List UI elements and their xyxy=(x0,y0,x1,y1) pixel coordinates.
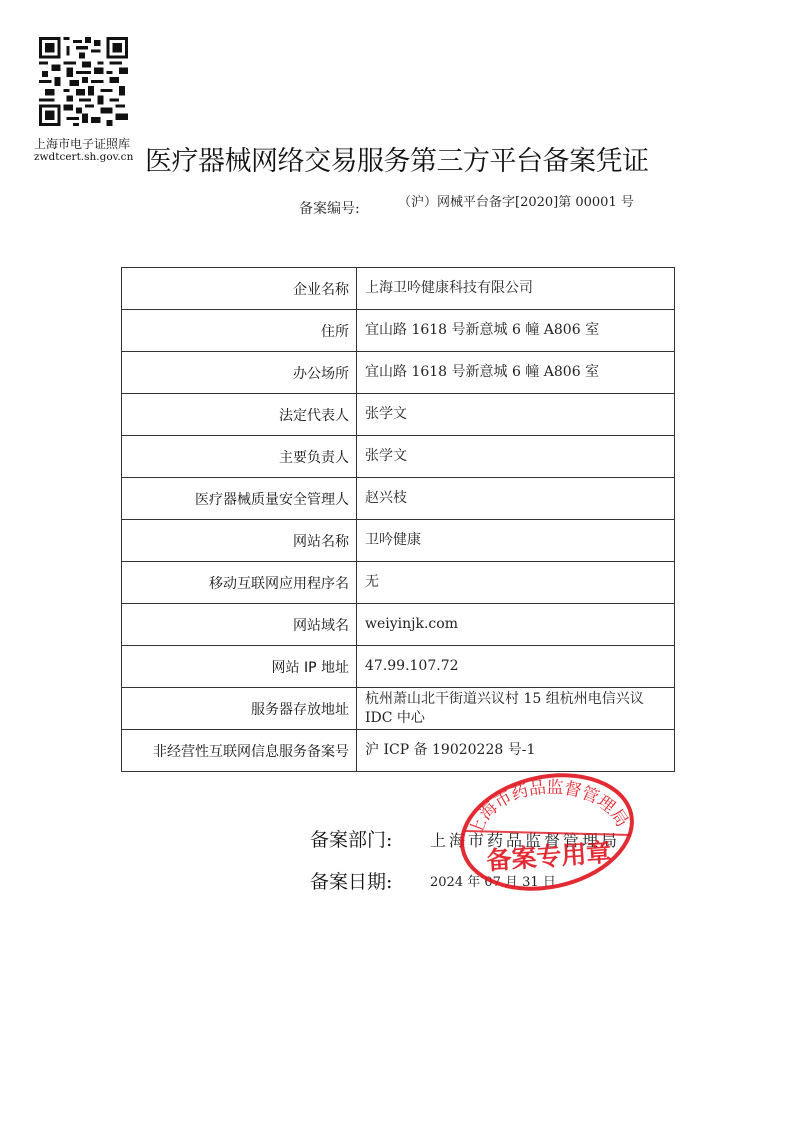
row-value: 沪 ICP 备 19020228 号-1 xyxy=(357,730,675,772)
row-label: 非经营性互联网信息服务备案号 xyxy=(122,730,357,772)
document-title: 医疗器械网络交易服务第三方平台备案凭证 xyxy=(145,139,649,178)
qr-caption-url: zwdtcert.sh.gov.cn xyxy=(34,151,133,163)
table-row: 法定代表人张学文 xyxy=(122,394,675,436)
row-value: 张学文 xyxy=(357,394,675,436)
row-label: 企业名称 xyxy=(122,268,357,310)
table-row: 办公场所宜山路 1618 号新意城 6 幢 A806 室 xyxy=(122,352,675,394)
row-label: 主要负责人 xyxy=(122,436,357,478)
table-row: 医疗器械质量安全管理人赵兴枝 xyxy=(122,478,675,520)
row-label: 办公场所 xyxy=(122,352,357,394)
registration-number-value: （沪）网械平台备字[2020]第 00001 号 xyxy=(398,191,634,210)
row-value: 47.99.107.72 xyxy=(357,646,675,688)
row-value: 宜山路 1618 号新意城 6 幢 A806 室 xyxy=(357,310,675,352)
row-label: 移动互联网应用程序名 xyxy=(122,562,357,604)
official-seal-stamp: 上海市药品监督管理局 备案专用章 xyxy=(457,773,637,891)
row-label: 网站 IP 地址 xyxy=(122,646,357,688)
seal-inner-text: 备案专用章 xyxy=(486,838,613,876)
table-row: 移动互联网应用程序名无 xyxy=(122,562,675,604)
date-label: 备案日期: xyxy=(310,867,392,894)
row-label: 服务器存放地址 xyxy=(122,688,357,730)
row-value: weiyinjk.com xyxy=(357,604,675,646)
row-label: 医疗器械质量安全管理人 xyxy=(122,478,357,520)
row-label: 网站域名 xyxy=(122,604,357,646)
table-row: 非经营性互联网信息服务备案号沪 ICP 备 19020228 号-1 xyxy=(122,730,675,772)
table-row: 服务器存放地址杭州萧山北干街道兴议村 15 组杭州电信兴议 IDC 中心 xyxy=(122,688,675,730)
row-value: 杭州萧山北干街道兴议村 15 组杭州电信兴议 IDC 中心 xyxy=(357,688,675,730)
row-label: 网站名称 xyxy=(122,520,357,562)
row-label: 法定代表人 xyxy=(122,394,357,436)
table-row: 住所宜山路 1618 号新意城 6 幢 A806 室 xyxy=(122,310,675,352)
row-value: 无 xyxy=(357,562,675,604)
row-value: 卫吟健康 xyxy=(357,520,675,562)
info-table: 企业名称上海卫吟健康科技有限公司 住所宜山路 1618 号新意城 6 幢 A80… xyxy=(121,267,675,772)
registration-number-label: 备案编号: xyxy=(299,198,360,218)
row-value: 张学文 xyxy=(357,436,675,478)
row-value: 赵兴枝 xyxy=(357,478,675,520)
row-label: 住所 xyxy=(122,310,357,352)
qr-caption-title: 上海市电子证照库 xyxy=(34,135,130,152)
table-row: 主要负责人张学文 xyxy=(122,436,675,478)
table-row: 网站 IP 地址47.99.107.72 xyxy=(122,646,675,688)
table-row: 网站名称卫吟健康 xyxy=(122,520,675,562)
table-row: 企业名称上海卫吟健康科技有限公司 xyxy=(122,268,675,310)
qr-code-icon xyxy=(39,37,128,126)
row-value: 宜山路 1618 号新意城 6 幢 A806 室 xyxy=(357,352,675,394)
department-label: 备案部门: xyxy=(310,825,392,852)
table-row: 网站域名weiyinjk.com xyxy=(122,604,675,646)
row-value: 上海卫吟健康科技有限公司 xyxy=(357,268,675,310)
